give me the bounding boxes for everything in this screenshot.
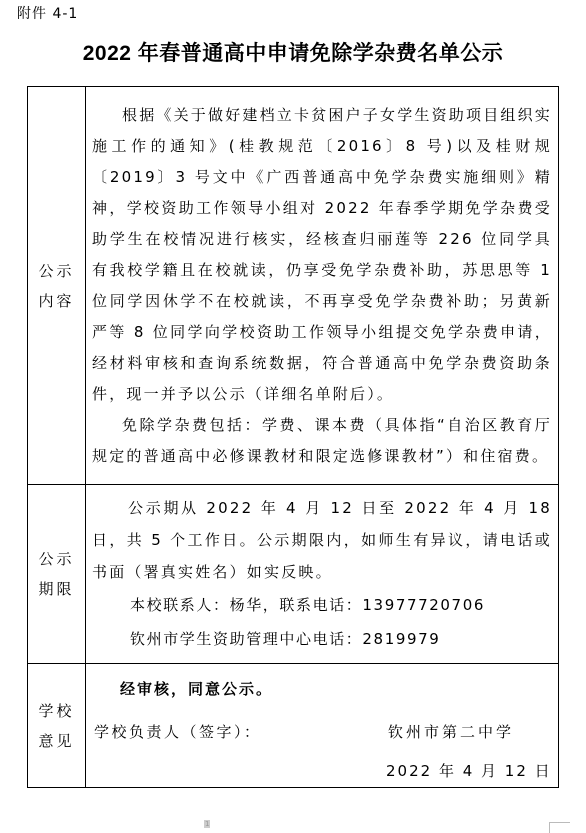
label-school-opinion: 学校 意见 xyxy=(28,664,86,788)
label-line: 意见 xyxy=(28,726,85,756)
center-phone-line: 钦州市学生资助管理中心电话：2819979 xyxy=(92,622,552,656)
contact-line: 本校联系人：杨华，联系电话：13977720706 xyxy=(92,588,552,622)
label-notice-content: 公示 内容 xyxy=(28,87,86,485)
content-paragraph: 免除学杂费包括：学费、课本费（具体指“自治区教育厅规定的普通高中必修课教材和限定… xyxy=(92,410,552,472)
notice-content-cell: 根据《关于做好建档立卡贫困户子女学生资助项目组织实施工作的通知》(桂教规范〔20… xyxy=(86,87,559,485)
signer-label: 学校负责人（签字）： xyxy=(94,721,262,742)
attachment-label: 附件 4-1 xyxy=(17,3,78,23)
school-name: 钦州市第二中学 xyxy=(388,721,514,742)
label-line: 公示 xyxy=(28,544,85,574)
row-notice-content: 公示 内容 根据《关于做好建档立卡贫困户子女学生资助项目组织实施工作的通知》(桂… xyxy=(28,87,559,485)
content-paragraph: 根据《关于做好建档立卡贫困户子女学生资助项目组织实施工作的通知》(桂教规范〔20… xyxy=(92,100,552,410)
row-school-opinion: 学校 意见 经审核，同意公示。 学校负责人（签字）： 钦州市第二中学 2022 … xyxy=(28,664,559,788)
period-paragraph: 公示期从 2022 年 4 月 12 日至 2022 年 4 月 18 日，共 … xyxy=(92,492,552,588)
approval-date: 2022 年 4 月 12 日 xyxy=(386,760,552,781)
approval-block: 经审核，同意公示。 学校负责人（签字）： 钦州市第二中学 2022 年 4 月 … xyxy=(86,664,558,787)
label-notice-period: 公示 期限 xyxy=(28,485,86,664)
school-opinion-cell: 经审核，同意公示。 学校负责人（签字）： 钦州市第二中学 2022 年 4 月 … xyxy=(86,664,559,788)
document-title: 2022 年春普通高中申请免除学杂费名单公示 xyxy=(0,37,586,67)
label-line: 期限 xyxy=(28,574,85,604)
label-line: 公示 xyxy=(28,256,85,286)
page-corner-mark xyxy=(549,822,570,833)
row-notice-period: 公示 期限 公示期从 2022 年 4 月 12 日至 2022 年 4 月 1… xyxy=(28,485,559,664)
label-line: 学校 xyxy=(28,696,85,726)
approval-text: 经审核，同意公示。 xyxy=(120,678,273,699)
notice-period-cell: 公示期从 2022 年 4 月 12 日至 2022 年 4 月 18 日，共 … xyxy=(86,485,559,664)
notice-table: 公示 内容 根据《关于做好建档立卡贫困户子女学生资助项目组织实施工作的通知》(桂… xyxy=(27,86,559,788)
page-number: 1 xyxy=(204,820,210,828)
label-line: 内容 xyxy=(28,286,85,316)
